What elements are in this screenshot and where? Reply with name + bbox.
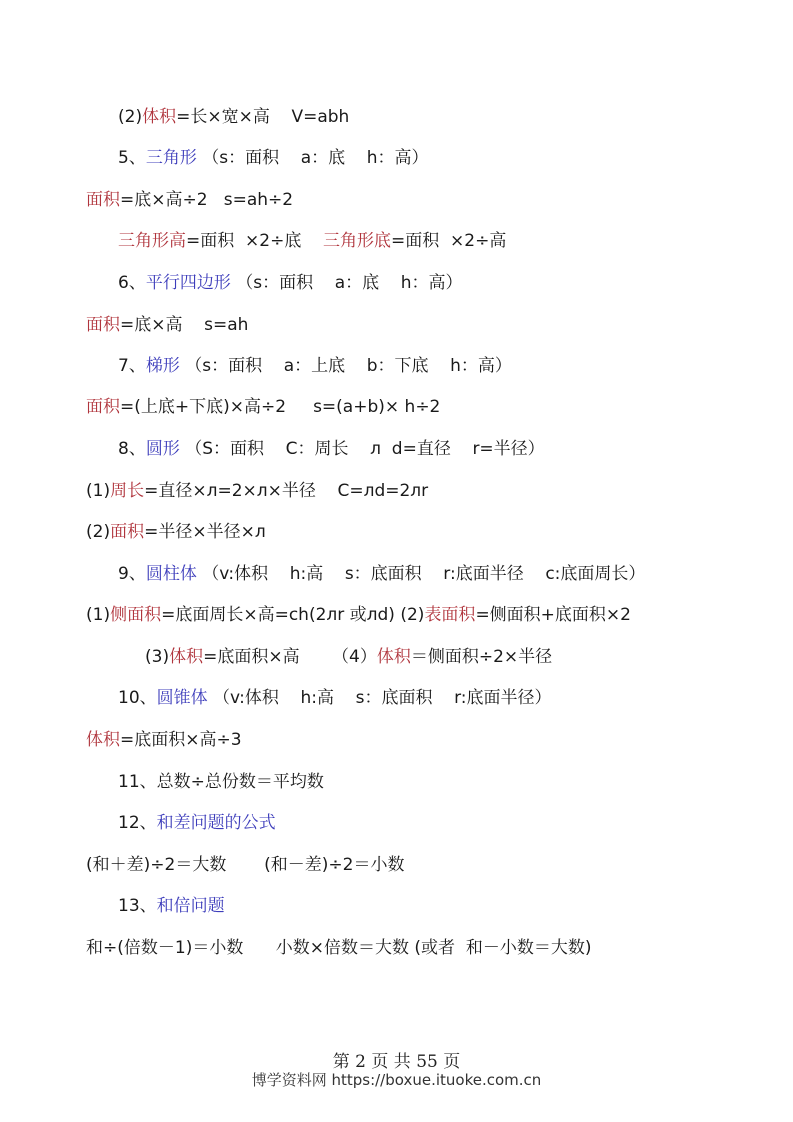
shape-name: 三角形 [146,148,197,168]
line-text: =半径×半径×л [144,522,266,542]
line-text: ＝侧面积÷2×半径 [411,647,552,667]
line-text: (1) [86,481,110,501]
term-highlight: 体积 [86,730,120,750]
line-text: =面积 ×2÷底 [186,231,323,251]
line-text: =底面积×高÷3 [120,730,242,750]
line-text: （s：面积 a：上底 b：下底 h：高） [180,356,512,376]
shape-name: 圆形 [146,439,180,459]
formula-line: 10、圆锥体 （v:体积 h:高 s：底面积 r:底面半径） [118,686,552,710]
formula-line: 8、圆形 （S：面积 C：周长 л d=直径 r=半径） [118,437,545,461]
term-highlight: 面积 [86,315,120,335]
formula-line: (2)体积=长×宽×高 V=abh [118,105,349,129]
formula-line: (3)体积=底面积×高 （4）体积＝侧面积÷2×半径 [145,645,552,669]
line-text: =直径×л=2×л×半径 C=лd=2лr [144,481,428,501]
line-text: 6、 [118,273,146,293]
line-text: (3) [145,647,169,667]
formula-line: 面积=底×高 s=ah [86,313,248,337]
term-highlight: 面积 [86,397,120,417]
line-text: (1) [86,605,110,625]
shape-name: 圆锥体 [157,688,208,708]
formula-line: 6、平行四边形 （s：面积 a：底 h：高） [118,271,463,295]
line-text: 10、 [118,688,157,708]
line-text: 5、 [118,148,146,168]
formula-line: 13、和倍问题 [118,894,225,918]
line-text: （S：面积 C：周长 л d=直径 r=半径） [180,439,545,459]
term-highlight: 体积 [142,107,176,127]
line-text: (2) [86,522,110,542]
formula-line: 面积=底×高÷2 s=ah÷2 [86,188,293,212]
line-text: =底面周长×高=ch(2лr 或лd) (2) [161,605,424,625]
line-text: 和÷(倍数－1)＝小数 小数×倍数＝大数 (或者 和－小数＝大数) [86,938,591,958]
formula-line: (和＋差)÷2＝大数 (和－差)÷2＝小数 [86,853,404,877]
formula-line: 12、和差问题的公式 [118,811,276,835]
term-highlight: 面积 [86,190,120,210]
line-text: 13、 [118,896,157,916]
line-text: （s：面积 a：底 h：高） [231,273,463,293]
formula-line: 5、三角形 （s：面积 a：底 h：高） [118,146,429,170]
shape-name: 梯形 [146,356,180,376]
line-text: =面积 ×2÷高 [391,231,506,251]
term-highlight: 三角形底 [323,231,391,251]
formula-line: 三角形高=面积 ×2÷底 三角形底=面积 ×2÷高 [118,229,506,253]
formula-line: 7、梯形 （s：面积 a：上底 b：下底 h：高） [118,354,512,378]
line-text: 7、 [118,356,146,376]
line-text: (和＋差)÷2＝大数 (和－差)÷2＝小数 [86,855,404,875]
line-text: （s：面积 a：底 h：高） [197,148,429,168]
formula-line: 11、总数÷总份数＝平均数 [118,770,324,794]
formula-line: 面积=(上底+下底)×高÷2 s=(a+b)× h÷2 [86,395,440,419]
term-highlight: 体积 [169,647,203,667]
line-text: (2) [118,107,142,127]
term-highlight: 面积 [110,522,144,542]
formula-line: (1)侧面积=底面周长×高=ch(2лr 或лd) (2)表面积=侧面积+底面积… [86,603,631,627]
line-text: （v:体积 h:高 s：底面积 r:底面半径） [208,688,552,708]
line-text: 8、 [118,439,146,459]
line-text: =(上底+下底)×高÷2 s=(a+b)× h÷2 [120,397,440,417]
line-text: 11、总数÷总份数＝平均数 [118,772,324,792]
shape-name: 和差问题的公式 [157,813,276,833]
formula-line: 9、圆柱体 （v:体积 h:高 s：底面积 r:底面半径 c:底面周长） [118,562,645,586]
line-text: （v:体积 h:高 s：底面积 r:底面半径 c:底面周长） [197,564,646,584]
line-text: =底×高 s=ah [120,315,248,335]
line-text: =底×高÷2 s=ah÷2 [120,190,293,210]
term-highlight: 三角形高 [118,231,186,251]
term-highlight: 侧面积 [110,605,161,625]
formula-line: 和÷(倍数－1)＝小数 小数×倍数＝大数 (或者 和－小数＝大数) [86,936,591,960]
site-watermark: 博学资料网 https://boxue.ituoke.com.cn [0,1069,793,1090]
line-text: =侧面积+底面积×2 [475,605,631,625]
line-text: =长×宽×高 V=abh [176,107,349,127]
formula-line: (1)周长=直径×л=2×л×半径 C=лd=2лr [86,479,428,503]
term-highlight: 周长 [110,481,144,501]
formula-line: 体积=底面积×高÷3 [86,728,242,752]
shape-name: 和倍问题 [157,896,225,916]
shape-name: 平行四边形 [146,273,231,293]
shape-name: 圆柱体 [146,564,197,584]
term-highlight: 体积 [377,647,411,667]
line-text: =底面积×高 （4） [203,647,377,667]
term-highlight: 表面积 [424,605,475,625]
formula-line: (2)面积=半径×半径×л [86,520,266,544]
line-text: 9、 [118,564,146,584]
line-text: 12、 [118,813,157,833]
